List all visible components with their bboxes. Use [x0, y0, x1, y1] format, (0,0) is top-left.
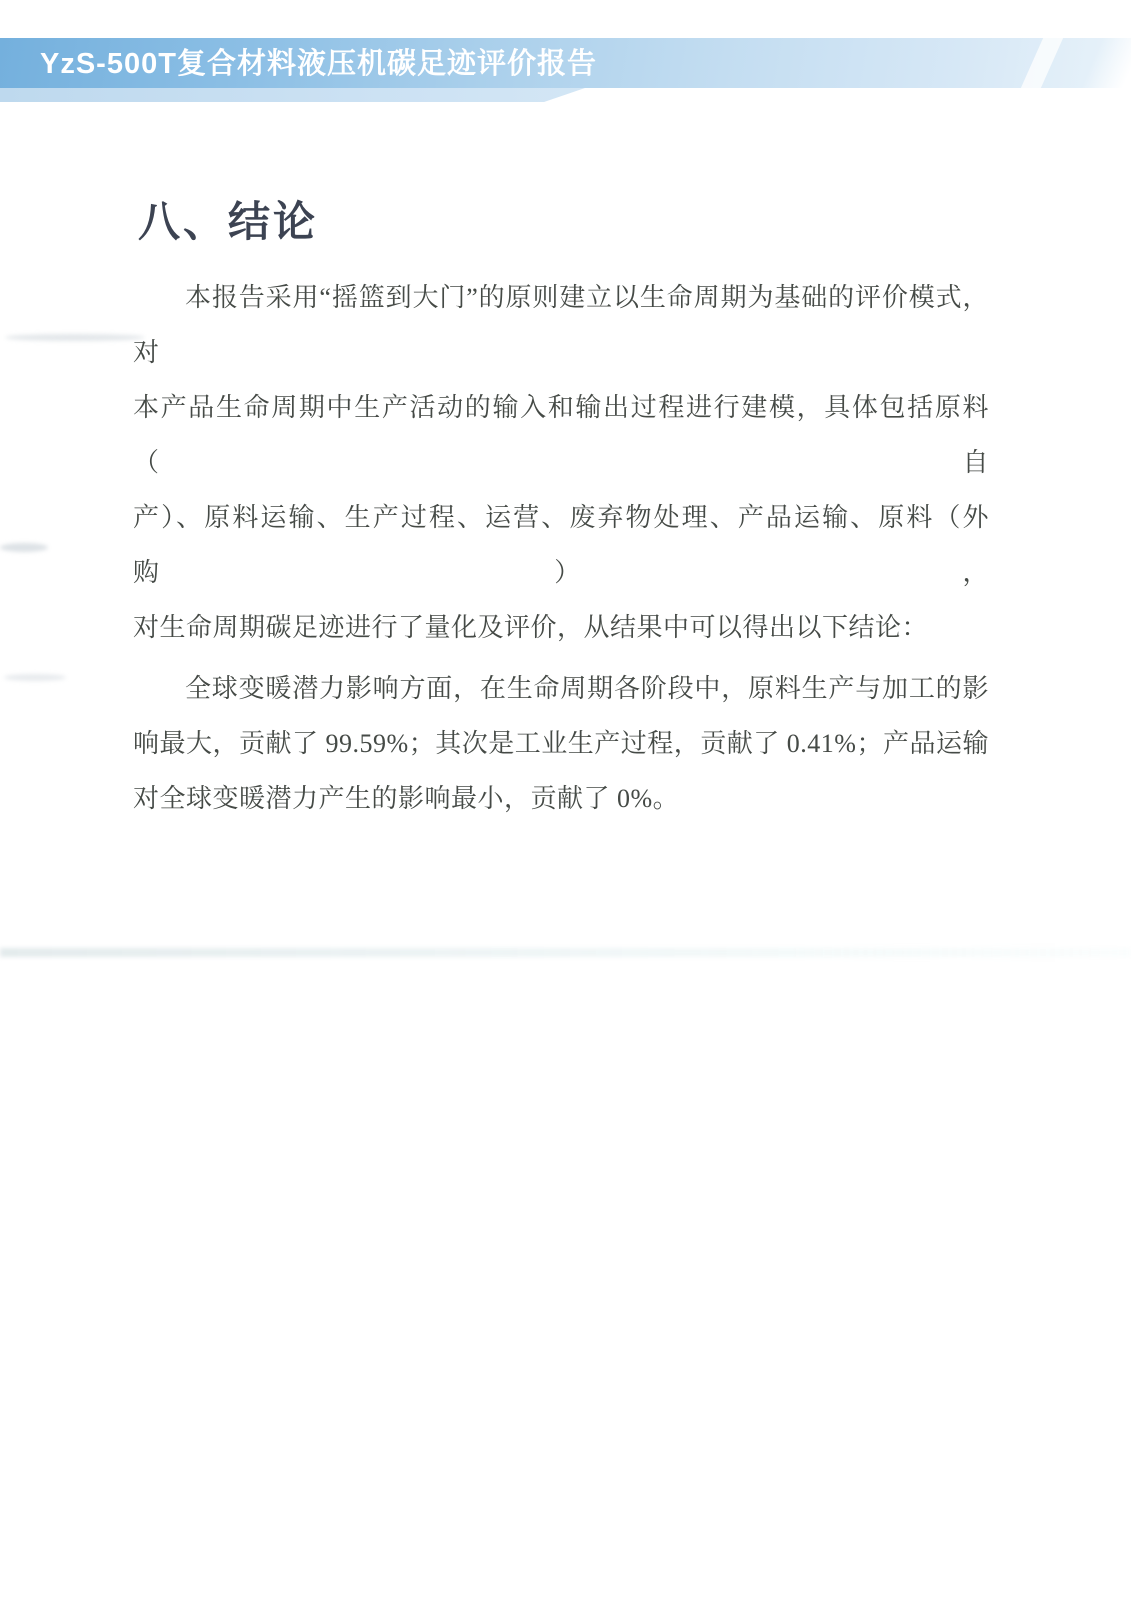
- document-page: YzS-500T复合材料液压机碳足迹评价报告 八、结论 本报告采用“摇篮到大门”…: [0, 0, 1131, 1600]
- paragraph-line: 全球变暖潜力影响方面，在生命周期各阶段中，原料生产与加工的影: [133, 661, 989, 716]
- report-title: YzS-500T复合材料液压机碳足迹评价报告: [40, 44, 597, 84]
- scan-artifact-streak: [0, 543, 48, 552]
- paragraph-line: 对生命周期碳足迹进行了量化及评价，从结果中可以得出以下结论：: [133, 600, 989, 655]
- banner-substrip: [0, 88, 585, 102]
- paragraph-line: 响最大，贡献了 99.59%；其次是工业生产过程，贡献了 0.41%；产品运输: [133, 716, 989, 771]
- body-text: 本报告采用“摇篮到大门”的原则建立以生命周期为基础的评价模式，对 本产品生命周期…: [133, 270, 989, 826]
- scan-artifact-streak: [4, 674, 66, 681]
- paragraph-line: 本产品生命周期中生产活动的输入和输出过程进行建模，具体包括原料（自: [133, 380, 989, 490]
- scan-artifact-streak: [0, 948, 1131, 957]
- section-heading: 八、结论: [138, 196, 318, 248]
- paragraph-line: 对全球变暖潜力产生的影响最小，贡献了 0%。: [133, 771, 989, 826]
- paragraph-line: 产）、原料运输、生产过程、运营、废弃物处理、产品运输、原料（外购），: [133, 490, 989, 600]
- scan-artifact-streak: [5, 334, 145, 341]
- paragraph-line: 本报告采用“摇篮到大门”的原则建立以生命周期为基础的评价模式，对: [133, 270, 989, 380]
